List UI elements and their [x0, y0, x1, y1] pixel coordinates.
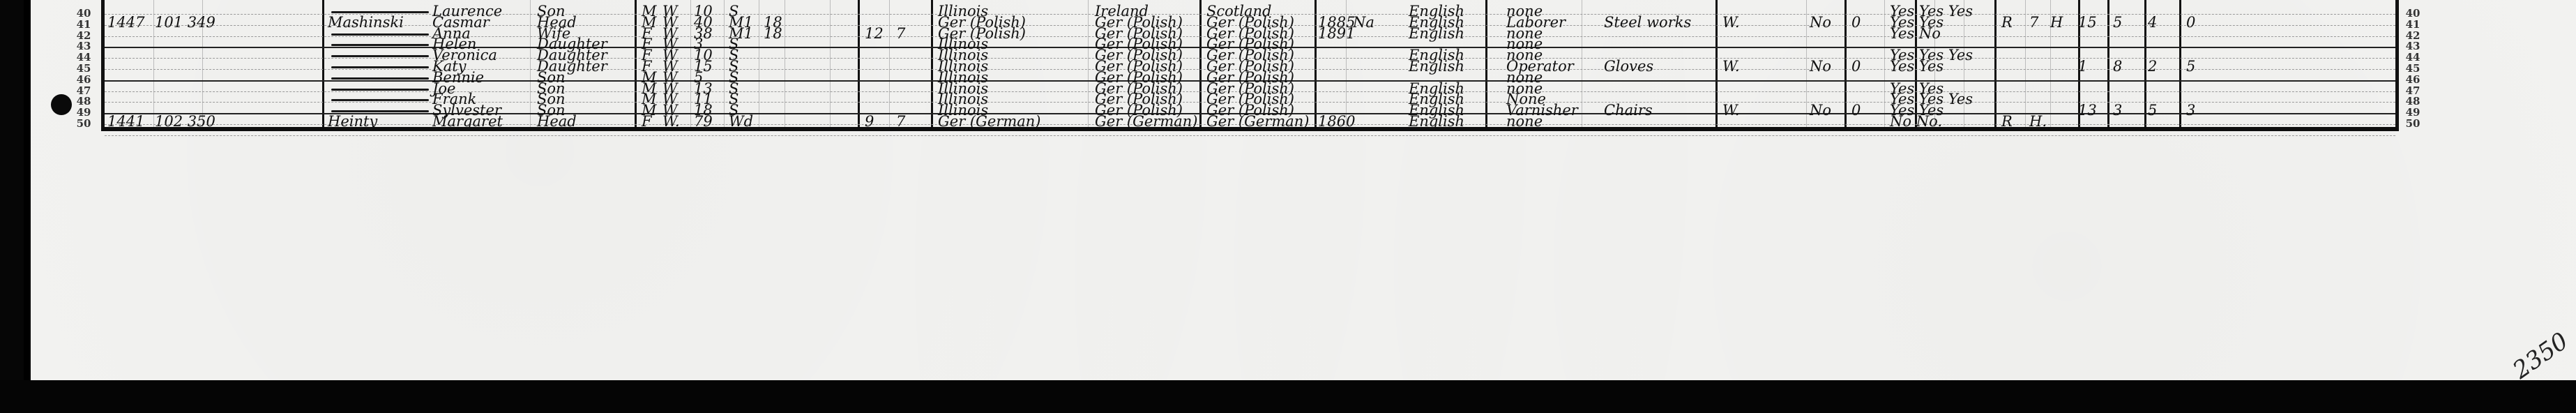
- ditto-dash: [331, 44, 429, 46]
- cell-weeks: 0: [1851, 59, 1861, 74]
- cell-extra: 5: [2113, 15, 2122, 30]
- line-number: 50: [2399, 117, 2427, 130]
- cell-dwelling: 1447: [107, 15, 144, 30]
- cell-extra: 5: [2148, 103, 2157, 118]
- punch-hole: [51, 94, 72, 115]
- cell-occupation: none: [1506, 114, 1543, 129]
- cell-mother-bp: Ger (German): [1206, 114, 1310, 129]
- cell-out: No: [1810, 15, 1831, 30]
- cell-living: 7: [896, 27, 905, 41]
- cell-literacy: Yes Yes: [1890, 59, 1944, 74]
- ditto-dash: [331, 33, 429, 36]
- cell-industry: Gloves: [1604, 59, 1653, 74]
- cell-birthplace: Ger (German): [938, 114, 1041, 129]
- cell-emp: W.: [1722, 59, 1740, 74]
- cell-extra: H.: [2029, 114, 2047, 129]
- census-table: LaurenceSonMW10SIllinoisIrelandScotlandE…: [101, 0, 2399, 131]
- cell-born: 12: [865, 27, 884, 41]
- cell-nat: Na: [1353, 15, 1374, 30]
- ditto-dash: [331, 89, 429, 91]
- cell-dwelling: 1441: [107, 114, 144, 129]
- cell-living: 7: [896, 114, 905, 129]
- cell-extra: 1: [2078, 59, 2087, 74]
- cell-extra: R: [2001, 15, 2013, 30]
- cell-extra: R: [2001, 114, 2013, 129]
- cell-literacy: No No.: [1890, 114, 1942, 129]
- scan-left-border: [0, 0, 24, 413]
- ditto-dash: [331, 110, 429, 112]
- cell-out: No: [1810, 103, 1831, 118]
- cell-extra: 7: [2029, 15, 2038, 30]
- cell-age: 79: [694, 114, 713, 129]
- cell-born: 9: [865, 114, 874, 129]
- cell-father-bp: Ger (German): [1095, 114, 1198, 129]
- cell-immig: 1891: [1318, 27, 1355, 41]
- cell-sex: F: [642, 114, 652, 129]
- cell-extra: 3: [2113, 103, 2122, 118]
- cell-family: 102 350: [155, 114, 215, 129]
- cell-weeks: 0: [1851, 15, 1861, 30]
- cell-industry: Chairs: [1604, 103, 1653, 118]
- cell-extra: 5: [2186, 59, 2195, 74]
- ditto-dash: [331, 77, 429, 80]
- scan-bottom-border: [0, 380, 2576, 413]
- cell-yrs-married: 18: [764, 27, 782, 41]
- cell-out: No: [1810, 59, 1831, 74]
- cell-family: 101 349: [155, 15, 215, 30]
- cell-language: English: [1409, 27, 1464, 41]
- line-number: 50: [70, 117, 98, 130]
- cell-marital: Wd: [729, 114, 753, 129]
- cell-emp: W.: [1722, 15, 1740, 30]
- cell-surname: Mashinski: [328, 15, 404, 30]
- cell-emp: W.: [1722, 103, 1740, 118]
- cell-race: W.: [662, 114, 680, 129]
- cell-language: English: [1409, 59, 1464, 74]
- cell-extra: 8: [2113, 59, 2122, 74]
- ditto-dash: [331, 99, 429, 101]
- cell-extra: H: [2050, 15, 2063, 30]
- cell-immig: 1860: [1318, 114, 1355, 129]
- ditto-dash: [331, 66, 429, 68]
- cell-surname: Heinty: [328, 114, 377, 129]
- cell-given: Margaret: [432, 114, 503, 129]
- cell-extra: 4: [2148, 15, 2157, 30]
- cell-language: English: [1409, 114, 1464, 129]
- cell-extra: 0: [2186, 15, 2195, 30]
- cell-weeks: 0: [1851, 103, 1861, 118]
- ditto-dash: [331, 11, 429, 13]
- ditto-dash: [331, 55, 429, 57]
- cell-literacy: Yes No: [1890, 27, 1941, 41]
- cell-relation: Head: [537, 114, 577, 129]
- cell-extra: 15: [2078, 15, 2097, 30]
- cell-extra: 2: [2148, 59, 2157, 74]
- cell-extra: 3: [2186, 103, 2195, 118]
- cell-industry: Steel works: [1604, 15, 1691, 30]
- cell-extra: 13: [2078, 103, 2097, 118]
